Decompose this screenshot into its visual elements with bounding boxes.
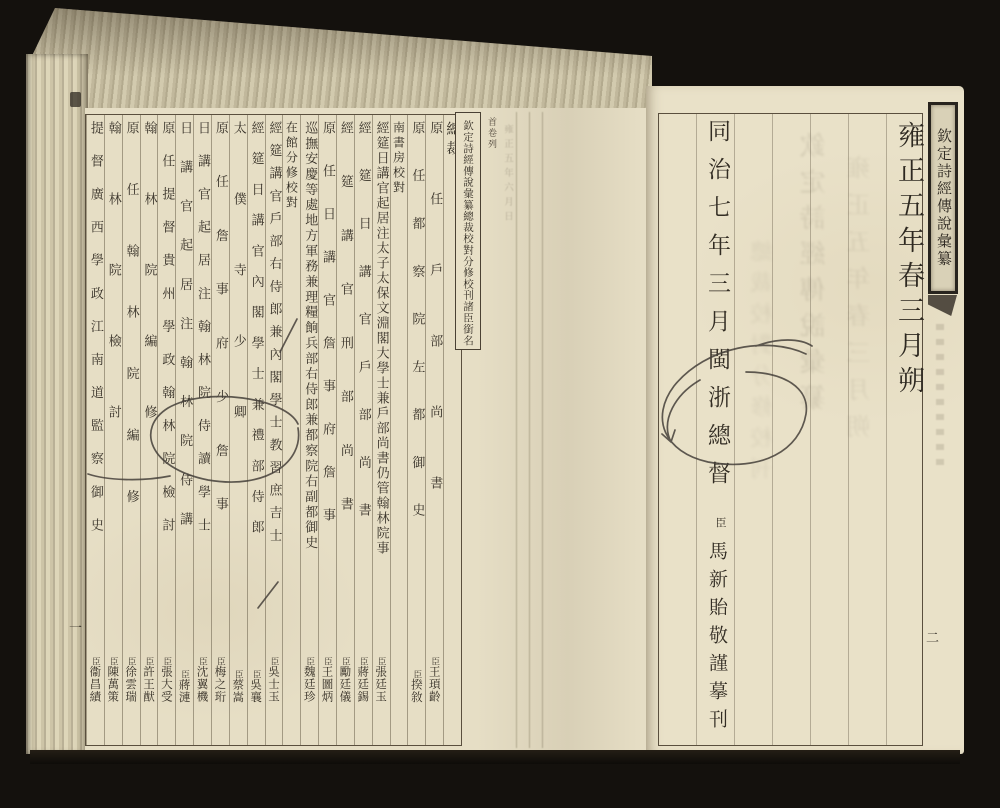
left-leaf-number: 一 [69, 617, 82, 636]
column-rule [848, 114, 849, 745]
official-name: 臣王頊齡 [427, 657, 443, 703]
minister-prefix: 臣 [180, 670, 190, 679]
column-rule [886, 114, 887, 745]
minister-prefix: 臣 [358, 657, 368, 666]
official-column: 原任翰林院編修臣徐雲瑞 [122, 115, 140, 745]
official-name: 臣蔣漣 [177, 670, 193, 704]
roster-section-header-column: 在館分修校對 [282, 115, 300, 745]
official-column: 巡撫安慶等處地方軍務兼理糧餉兵部右侍郎兼都察院右副都御史臣魏廷珍 [300, 115, 318, 745]
official-title: 在館分修校對 [283, 121, 300, 211]
column-rule [810, 114, 811, 745]
minister-prefix: 臣 [90, 657, 100, 666]
official-column: 日講官起居注翰林院侍講臣蔣漣 [175, 115, 193, 745]
official-name: 臣蔣廷錫 [355, 657, 371, 703]
left-page-frame: 總裁原任戶部尚書臣王頊齡原任都察院左都御史臣揆敘南書房校對經筵日講官起居注太子太… [85, 114, 462, 746]
official-title: 巡撫安慶等處地方軍務兼理糧餉兵部右侍郎兼都察院右副都御史 [300, 121, 319, 551]
official-name: 臣陳萬策 [105, 657, 121, 703]
official-name: 臣揆敘 [409, 670, 425, 704]
column-rule [696, 114, 697, 745]
minister-prefix: 臣 [126, 657, 136, 666]
official-title: 日講官起居注翰林院侍讀學士 [193, 121, 212, 551]
official-column: 原任詹事府少詹事臣梅之珩 [211, 115, 229, 745]
official-name: 臣魏廷珍 [302, 657, 318, 703]
fold-mark [70, 92, 81, 107]
official-title: 經筵講官戶部右侍郎兼內閣學士教習庶吉士 [264, 121, 283, 551]
official-name: 臣梅之珩 [212, 657, 228, 703]
official-title: 日講官起居注翰林院侍講 [175, 121, 194, 551]
book-title-label: 欽定詩經傳說彙纂 [928, 102, 958, 294]
official-column: 日講官起居注翰林院侍讀學士臣沈翼機 [193, 115, 211, 745]
official-title: 太僕寺少卿 [229, 121, 248, 476]
minister-prefix: 臣 [269, 657, 279, 666]
official-name: 臣王圖炳 [320, 657, 336, 703]
official-column: 經筵講官戶部右侍郎兼內閣學士教習庶吉士臣吳士玉 [265, 115, 283, 745]
minister-prefix: 臣 [233, 670, 243, 679]
column-rule [734, 114, 735, 745]
spine-faint-text [936, 324, 944, 472]
minister-prefix: 臣 [162, 657, 172, 666]
official-name: 臣吳襄 [248, 670, 264, 704]
book-top-page-edges [30, 6, 652, 114]
book-bottom-shadow [30, 750, 960, 764]
official-name: 臣勵廷儀 [337, 657, 353, 703]
reprint-name-column: 馬新貽敬謹摹刊 [704, 541, 731, 737]
minister-prefix: 臣 [430, 657, 440, 666]
official-column: 經筵日講官戶部尚書臣蔣廷錫 [354, 115, 372, 745]
official-column: 經筵講官刑部尚書臣勵廷儀 [336, 115, 354, 745]
official-column: 翰林院檢討臣陳萬策 [104, 115, 122, 745]
minister-prefix: 臣 [215, 657, 225, 666]
official-name: 臣徐雲瑞 [123, 657, 139, 703]
official-title: 原任日講官詹事府詹事 [318, 121, 337, 551]
official-column: 原任提督貴州學政翰林院檢討臣張大受 [157, 115, 175, 745]
gutter-crease [529, 112, 530, 748]
roster-section-header-column: 南書房校對 [390, 115, 408, 745]
official-name: 臣蔡嵩 [230, 670, 246, 704]
official-title: 原任翰林院編修 [122, 121, 141, 551]
official-title: 經筵日講官起居注太子太保文淵閣大學士兼戶部尚書仍管翰林院事 [372, 121, 391, 556]
official-title: 翰林院編修 [139, 121, 158, 476]
minister-prefix: 臣 [144, 657, 154, 666]
official-title: 提督廣西學政江南道監察御史 [86, 121, 105, 551]
minister-prefix: 臣 [340, 657, 350, 666]
right-page-frame [658, 113, 923, 746]
official-name: 臣衞昌績 [87, 657, 103, 703]
minister-prefix: 臣 [376, 657, 386, 666]
margin-note: 首卷列 [485, 117, 498, 150]
column-rule [772, 114, 773, 745]
right-leaf-number: 二 [926, 627, 939, 646]
official-name: 臣吳士玉 [266, 657, 282, 703]
official-title: 原任提督貴州學政翰林院檢討 [157, 121, 176, 551]
official-column: 原任戶部尚書臣王頊齡 [425, 115, 443, 745]
minister-prefix: 臣 [323, 657, 333, 666]
official-name: 臣沈翼機 [195, 657, 211, 703]
minister-prefix: 臣 [251, 670, 261, 679]
gutter-crease [516, 112, 517, 748]
book-scan-photo: 總裁原任戶部尚書臣王頊齡原任都察院左都御史臣揆敘南書房校對經筵日講官起居注太子太… [0, 0, 1000, 808]
official-name: 臣張大受 [159, 657, 175, 703]
official-title: 經筵講官刑部尚書 [336, 121, 355, 551]
official-column: 原任日講官詹事府詹事臣王圖炳 [318, 115, 336, 745]
minister-prefix: 臣 [412, 670, 422, 679]
official-title: 原任戶部尚書 [425, 121, 444, 547]
official-column: 提督廣西學政江南道監察御史臣衞昌績 [86, 115, 104, 745]
minister-prefix: 臣 [712, 517, 728, 528]
official-column: 經筵日講官起居注太子太保文淵閣大學士兼戶部尚書仍管翰林院事臣張廷玉 [372, 115, 390, 745]
book-fore-edge-stack [26, 54, 88, 754]
minister-prefix: 臣 [305, 657, 315, 666]
minister-prefix: 臣 [108, 657, 118, 666]
official-column: 翰林院編修臣許王猷 [140, 115, 158, 745]
official-title: 經筵日講官內閣學士兼禮部侍郎 [247, 121, 266, 551]
reprint-governor-column: 同治七年三月閩浙總督 [701, 119, 734, 499]
official-column: 太僕寺少卿臣蔡嵩 [229, 115, 247, 745]
official-name: 臣許王猷 [141, 657, 157, 703]
minister-prefix: 臣 [198, 657, 208, 666]
edge-bleedthrough-text: 雍正五年六月日 [500, 124, 514, 226]
official-title: 原任都察院左都御史 [407, 121, 426, 551]
official-name: 臣張廷玉 [373, 657, 389, 703]
gutter-crease [542, 112, 543, 748]
official-title: 經筵日講官戶部尚書 [354, 121, 373, 551]
roster-title-box: 欽定詩經傳說彙纂總裁校對分修校刊諸臣銜名 [455, 112, 481, 350]
roster-columns: 總裁原任戶部尚書臣王頊齡原任都察院左都御史臣揆敘南書房校對經筵日講官起居注太子太… [86, 115, 461, 745]
official-column: 經筵日講官內閣學士兼禮部侍郎臣吳襄 [247, 115, 265, 745]
official-title: 原任詹事府少詹事 [211, 121, 230, 551]
date-column: 雍正五年春三月朔 [889, 121, 928, 401]
official-column: 原任都察院左都御史臣揆敘 [407, 115, 425, 745]
official-title: 南書房校對 [390, 121, 407, 196]
official-title: 翰林院檢討 [104, 121, 123, 476]
